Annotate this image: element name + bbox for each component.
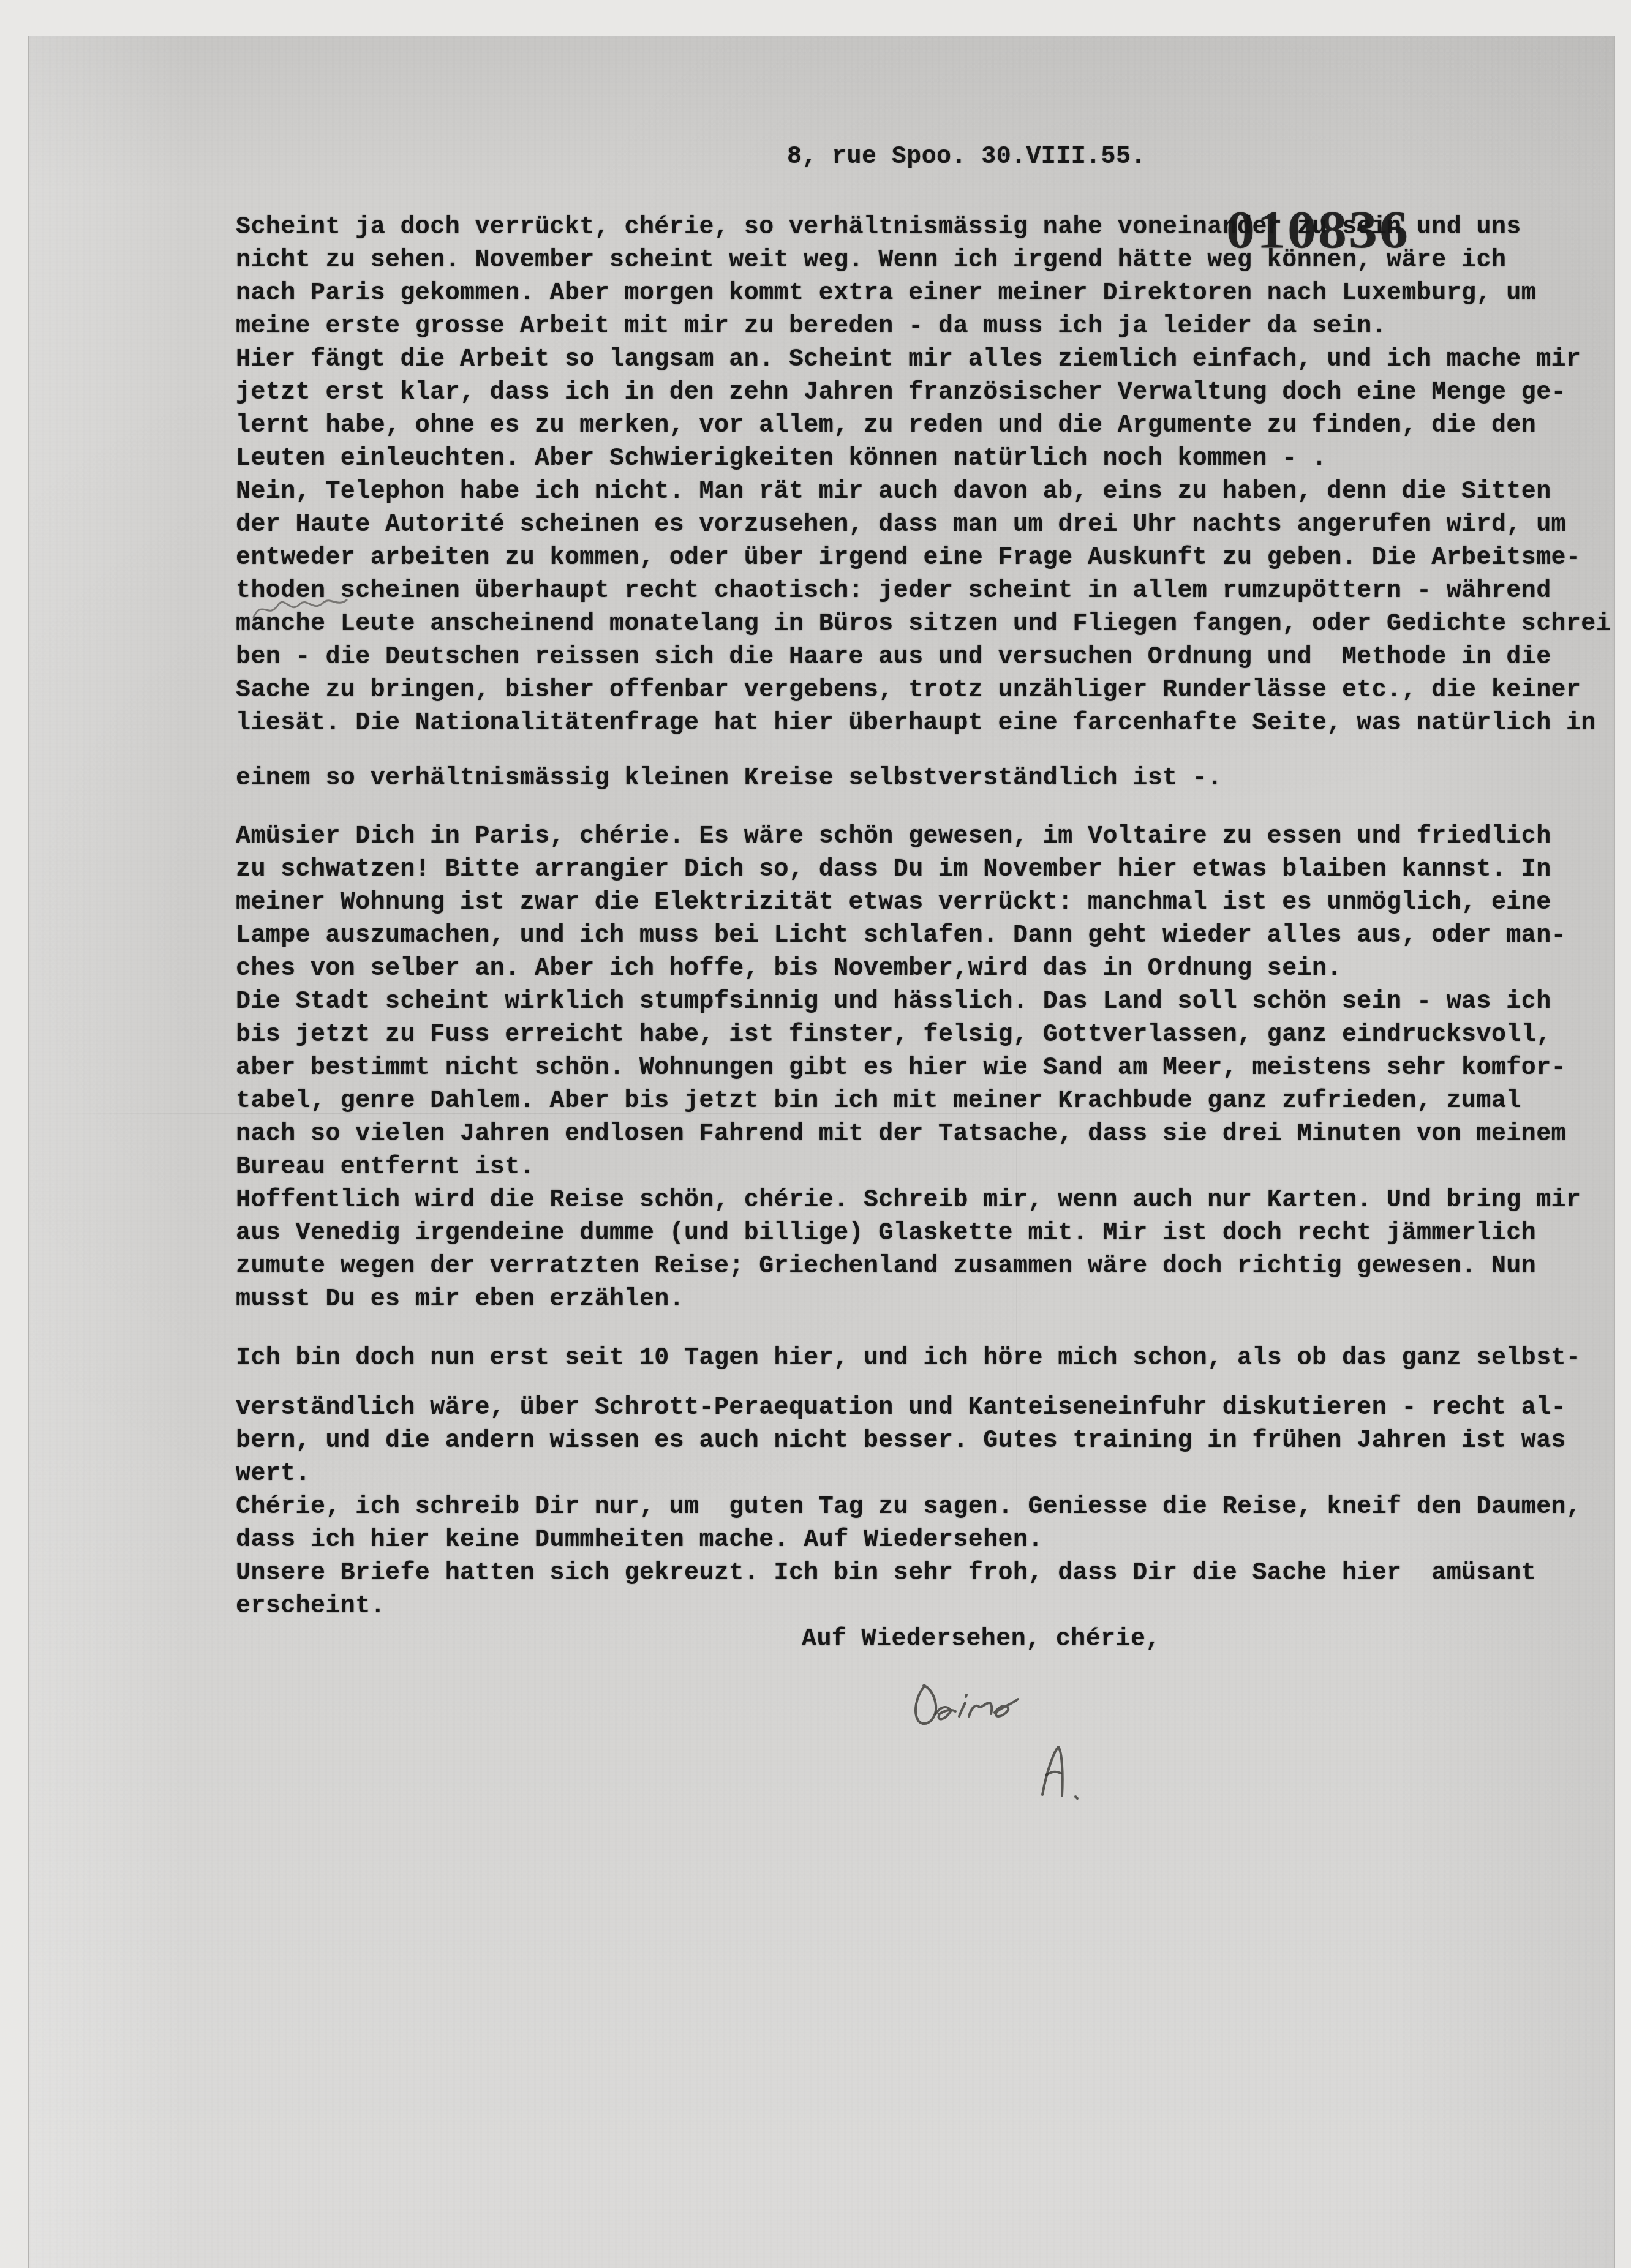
- letter-line: aber bestimmt nicht schön. Wohnungen gib…: [236, 1052, 1611, 1085]
- letter-line: Sache zu bringen, bisher offenbar vergeb…: [236, 674, 1611, 707]
- signature-initial: [1042, 1747, 1077, 1798]
- letter-line: nicht zu sehen. November scheint weit we…: [236, 244, 1611, 277]
- letter-line: entweder arbeiten zu kommen, oder über i…: [236, 542, 1611, 575]
- letter-line: zumute wegen der verratzten Reise; Griec…: [236, 1250, 1611, 1283]
- letter-line: erscheint.: [236, 1590, 1611, 1623]
- letter-line: bis jetzt zu Fuss erreicht habe, ist fin…: [236, 1019, 1611, 1052]
- letter-line: ben - die Deutschen reissen sich die Haa…: [236, 641, 1611, 674]
- letter-line: Unsere Briefe hatten sich gekreuzt. Ich …: [236, 1557, 1611, 1590]
- letter-line: aus Venedig irgendeine dumme (und billig…: [236, 1217, 1611, 1250]
- scanned-letter: 8, rue Spoo. 30.VIII.55. 010836 Scheint …: [0, 0, 1631, 2268]
- letter-line: Lampe auszumachen, und ich muss bei Lich…: [236, 920, 1611, 953]
- letter-line: Amüsier Dich in Paris, chérie. Es wäre s…: [236, 820, 1611, 854]
- letter-line: nach Paris gekommen. Aber morgen kommt e…: [236, 277, 1611, 310]
- letter-line: lernt habe, ohne es zu merken, vor allem…: [236, 410, 1611, 443]
- letter-line: Ich bin doch nun erst seit 10 Tagen hier…: [236, 1342, 1611, 1375]
- letter-line: musst Du es mir eben erzählen.: [236, 1283, 1611, 1316]
- letter-line: dass ich hier keine Dummheiten mache. Au…: [236, 1524, 1611, 1557]
- signature-handwriting: [900, 1675, 1102, 1803]
- letter-line: verständlich wäre, über Schrott-Peraequa…: [236, 1392, 1611, 1425]
- date-line: 8, rue Spoo. 30.VIII.55.: [787, 141, 1146, 174]
- letter-line: jetzt erst klar, dass ich in den zehn Ja…: [236, 377, 1611, 410]
- letter-line: bern, und die andern wissen es auch nich…: [236, 1425, 1611, 1458]
- letter-line: nach so vielen Jahren endlosen Fahrend m…: [236, 1118, 1611, 1151]
- letter-line: zu schwatzen! Bitte arrangier Dich so, d…: [236, 854, 1611, 887]
- letter-line: Chérie, ich schreib Dir nur, um guten Ta…: [236, 1491, 1611, 1524]
- letter-line: meine erste grosse Arbeit mit mir zu ber…: [236, 310, 1611, 344]
- letter-line: meiner Wohnung ist zwar die Elektrizität…: [236, 887, 1611, 920]
- letter-line: Die Stadt scheint wirklich stumpfsinnig …: [236, 986, 1611, 1019]
- letter-line: einem so verhältnismässig kleinen Kreise…: [236, 762, 1611, 795]
- letter-line: Nein, Telephon habe ich nicht. Man rät m…: [236, 476, 1611, 509]
- letter-line: tabel, genre Dahlem. Aber bis jetzt bin …: [236, 1085, 1611, 1118]
- letter-line: Hoffentlich wird die Reise schön, chérie…: [236, 1184, 1611, 1217]
- letter-line: liesät. Die Nationalitätenfrage hat hier…: [236, 707, 1611, 740]
- closing-line: Auf Wiedersehen, chérie,: [236, 1623, 1611, 1656]
- letter-line: Bureau entfernt ist.: [236, 1151, 1611, 1184]
- letter-body: Scheint ja doch verrückt, chérie, so ver…: [236, 211, 1611, 1656]
- letter-line: ches von selber an. Aber ich hoffe, bis …: [236, 953, 1611, 986]
- letter-line: thoden scheinen überhaupt recht chaotisc…: [236, 575, 1611, 608]
- letter-line: Leuten einleuchten. Aber Schwierigkeiten…: [236, 443, 1611, 476]
- letter-line: manche Leute anscheinend monatelang in B…: [236, 608, 1611, 641]
- handwritten-annotation-squiggle: [250, 593, 351, 626]
- letter-line: wert.: [236, 1458, 1611, 1491]
- letter-line: Hier fängt die Arbeit so langsam an. Sch…: [236, 344, 1611, 377]
- letter-line: der Haute Autorité scheinen es vorzusehe…: [236, 509, 1611, 542]
- letter-line: Scheint ja doch verrückt, chérie, so ver…: [236, 211, 1611, 244]
